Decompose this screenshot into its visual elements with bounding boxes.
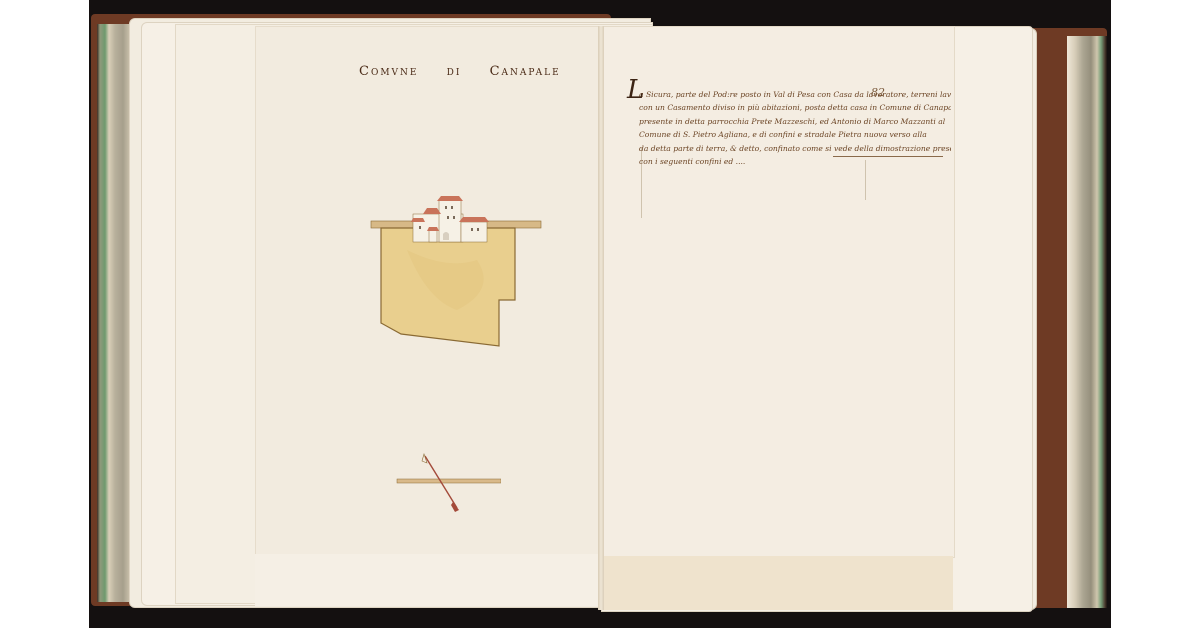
- estate-map-drawing: [367, 190, 547, 370]
- text-line-3: presente in detta parrocchia Prete Mazze…: [639, 115, 951, 128]
- title-word-3: Canapale: [490, 64, 561, 79]
- title-word-2: di: [447, 64, 462, 79]
- text-line-5: da detta parte di terra, & detto, confin…: [639, 142, 951, 155]
- page-stack-right-edge: [1067, 36, 1107, 608]
- closing-dash-line: [833, 156, 943, 157]
- text-line-2: con un Casamento diviso in più abitazion…: [639, 101, 951, 114]
- right-page-lower-strip: [601, 556, 953, 610]
- dropcap-initial: L: [627, 84, 644, 97]
- page-title: Comvne di Canapale: [359, 64, 561, 79]
- title-word-1: Comvne: [359, 64, 419, 79]
- text-line-1: a Sicura, parte del Pod:re posto in Val …: [639, 88, 951, 101]
- estate-map: [367, 190, 547, 370]
- left-page-lower-strip: [255, 554, 601, 606]
- book-gutter: [598, 26, 604, 610]
- scale-bar: [391, 450, 501, 520]
- text-line-4: Comune di S. Pietro Agliana, e di confin…: [639, 128, 951, 141]
- scale-bar-drawing: [391, 450, 501, 520]
- text-line-6: con i seguenti confini ed ....: [639, 155, 951, 168]
- manuscript-photo: Comvne di Canapale: [89, 0, 1111, 628]
